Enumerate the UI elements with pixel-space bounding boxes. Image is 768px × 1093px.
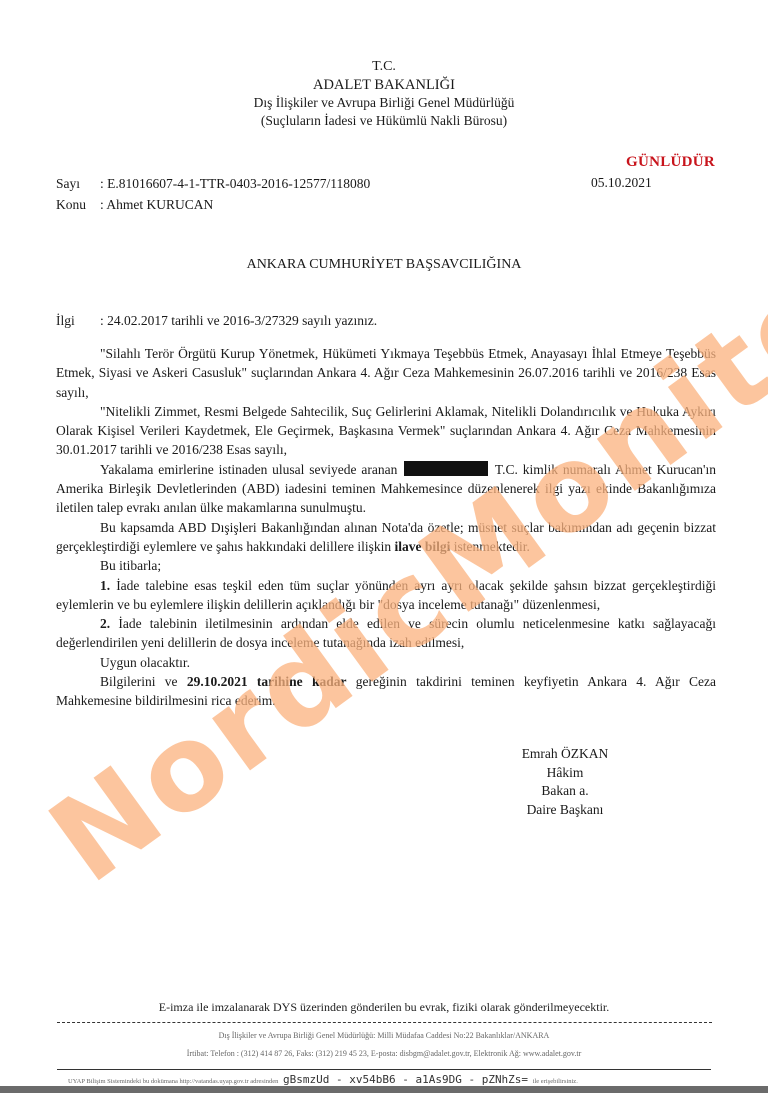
list-item-1: 1. İade talebine esas teşkil eden tüm su… [56,576,716,615]
reference: İlgi: 24.02.2017 tarihli ve 2016-3/27329… [56,313,377,329]
footer-address: Dış İlişkiler ve Avrupa Birliği Genel Mü… [0,1031,768,1040]
paragraph-us-note: Bu kapsamda ABD Dışişleri Bakanlığından … [56,518,716,557]
footer-contact: İrtibat: Telefon : (312) 414 87 26, Faks… [0,1049,768,1058]
header-ministry: ADALET BAKANLIĞI [0,76,768,94]
header-directorate: Dış İlişkiler ve Avrupa Birliği Genel Mü… [0,94,768,112]
document-subject-value: : Ahmet KURUCAN [100,197,213,212]
paragraph-arrest-warrant: Yakalama emirlerine istinaden ulusal sev… [56,460,716,518]
document-subject-label: Konu [56,196,100,214]
recipient: ANKARA CUMHURİYET BAŞSAVCILIĞINA [0,257,768,273]
reference-value: : 24.02.2017 tarihli ve 2016-3/27329 say… [100,313,377,328]
document-page: T.C. ADALET BAKANLIĞI Dış İlişkiler ve A… [0,0,768,1093]
paragraph-request: Bilgilerini ve 29.10.2021 tarihine kadar… [56,672,716,711]
footer-solid-divider [57,1069,711,1070]
footer-dashed-divider [57,1022,712,1023]
paragraph-charges-2: "Nitelikli Zimmet, Resmi Belgede Sahteci… [56,402,716,460]
document-number-value: : E.81016607-4-1-TTR-0403-2016-12577/118… [100,176,370,191]
signatory-on-behalf: Bakan a. [470,782,660,801]
paragraph-appropriate: Uygun olacaktır. [56,653,716,672]
paragraph-accordingly: Bu itibarla; [56,556,716,575]
emphasis-deadline: 29.10.2021 tarihine kadar [187,674,347,689]
signature-block: Emrah ÖZKAN Hâkim Bakan a. Daire Başkanı [470,745,660,819]
urgency-label: GÜNLÜDÜR [626,154,715,171]
document-number: Sayı: E.81016607-4-1-TTR-0403-2016-12577… [56,175,370,193]
header-country: T.C. [0,58,768,76]
letter-body: "Silahlı Terör Örgütü Kurup Yönetmek, Hü… [56,344,716,711]
document-subject: Konu: Ahmet KURUCAN [56,196,213,214]
reference-label: İlgi [56,313,100,329]
paragraph-charges-1: "Silahlı Terör Örgütü Kurup Yönetmek, Hü… [56,344,716,402]
esignature-note: E-imza ile imzalanarak DYS üzerinden gön… [0,1000,768,1015]
signatory-position: Daire Başkanı [470,801,660,820]
verification-code: gBsmzUd - xv54bB6 - a1As9DG - pZNhZs= [283,1073,528,1086]
signatory-title: Hâkim [470,764,660,783]
document-number-label: Sayı [56,175,100,193]
uyap-verification: UYAP Bilişim Sistemindeki bu dokümana ht… [68,1073,578,1086]
signatory-name: Emrah ÖZKAN [470,745,660,764]
emphasis-additional-info: ilave bilgi [395,539,451,554]
document-date: 05.10.2021 [591,175,652,191]
redacted-id-number [404,461,488,476]
bottom-edge-bar [0,1086,768,1093]
list-item-2: 2. İade talebinin iletilmesinin ardından… [56,614,716,653]
header-bureau: (Suçluların İadesi ve Hükümlü Nakli Büro… [0,112,768,130]
list-item-1-number: 1. [100,578,110,593]
list-item-2-number: 2. [100,616,110,631]
